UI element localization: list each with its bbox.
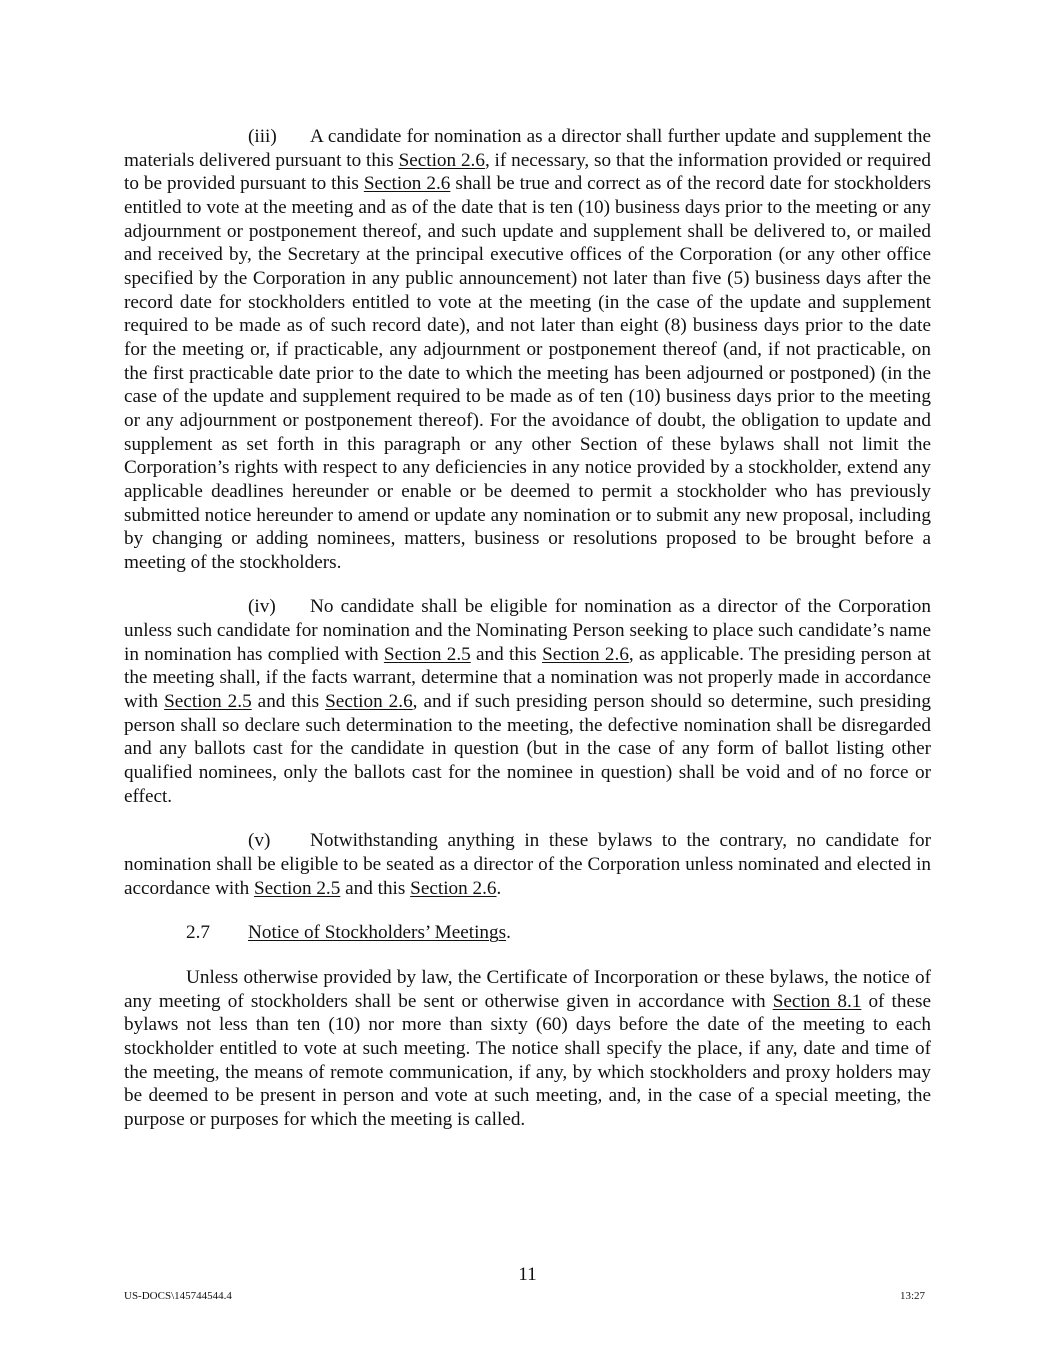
- section-title: Notice of Stockholders’ Meetings: [248, 922, 506, 943]
- cross-reference-link[interactable]: Section 2.6: [399, 150, 485, 171]
- document-page: (iii)A candidate for nomination as a dir…: [124, 125, 931, 1153]
- cross-reference-link[interactable]: Section 2.6: [325, 691, 413, 712]
- cross-reference-link[interactable]: Section 8.1: [773, 991, 862, 1012]
- paragraph-iii: (iii)A candidate for nomination as a dir…: [124, 125, 931, 574]
- cross-reference-link[interactable]: Section 2.6: [542, 644, 629, 665]
- cross-reference-link[interactable]: Section 2.6: [364, 173, 451, 194]
- page-number: 11: [0, 1264, 1055, 1286]
- footer-time: 13:27: [900, 1290, 925, 1302]
- cross-reference-link[interactable]: Section 2.6: [410, 878, 496, 899]
- enumerator: (iii): [248, 125, 310, 149]
- enumerator: (iv): [248, 595, 310, 619]
- enumerator: (v): [248, 829, 310, 853]
- section-number: 2.7: [186, 921, 248, 945]
- paragraph-v: (v)Notwithstanding anything in these byl…: [124, 829, 931, 900]
- section-heading: 2.7Notice of Stockholders’ Meetings.: [124, 921, 931, 945]
- cross-reference-link[interactable]: Section 2.5: [384, 644, 471, 665]
- body-paragraph: Unless otherwise provided by law, the Ce…: [124, 966, 931, 1132]
- paragraph-iv: (iv)No candidate shall be eligible for n…: [124, 595, 931, 808]
- cross-reference-link[interactable]: Section 2.5: [164, 691, 252, 712]
- document-id: US-DOCS\145744544.4: [124, 1290, 232, 1302]
- cross-reference-link[interactable]: Section 2.5: [254, 878, 340, 899]
